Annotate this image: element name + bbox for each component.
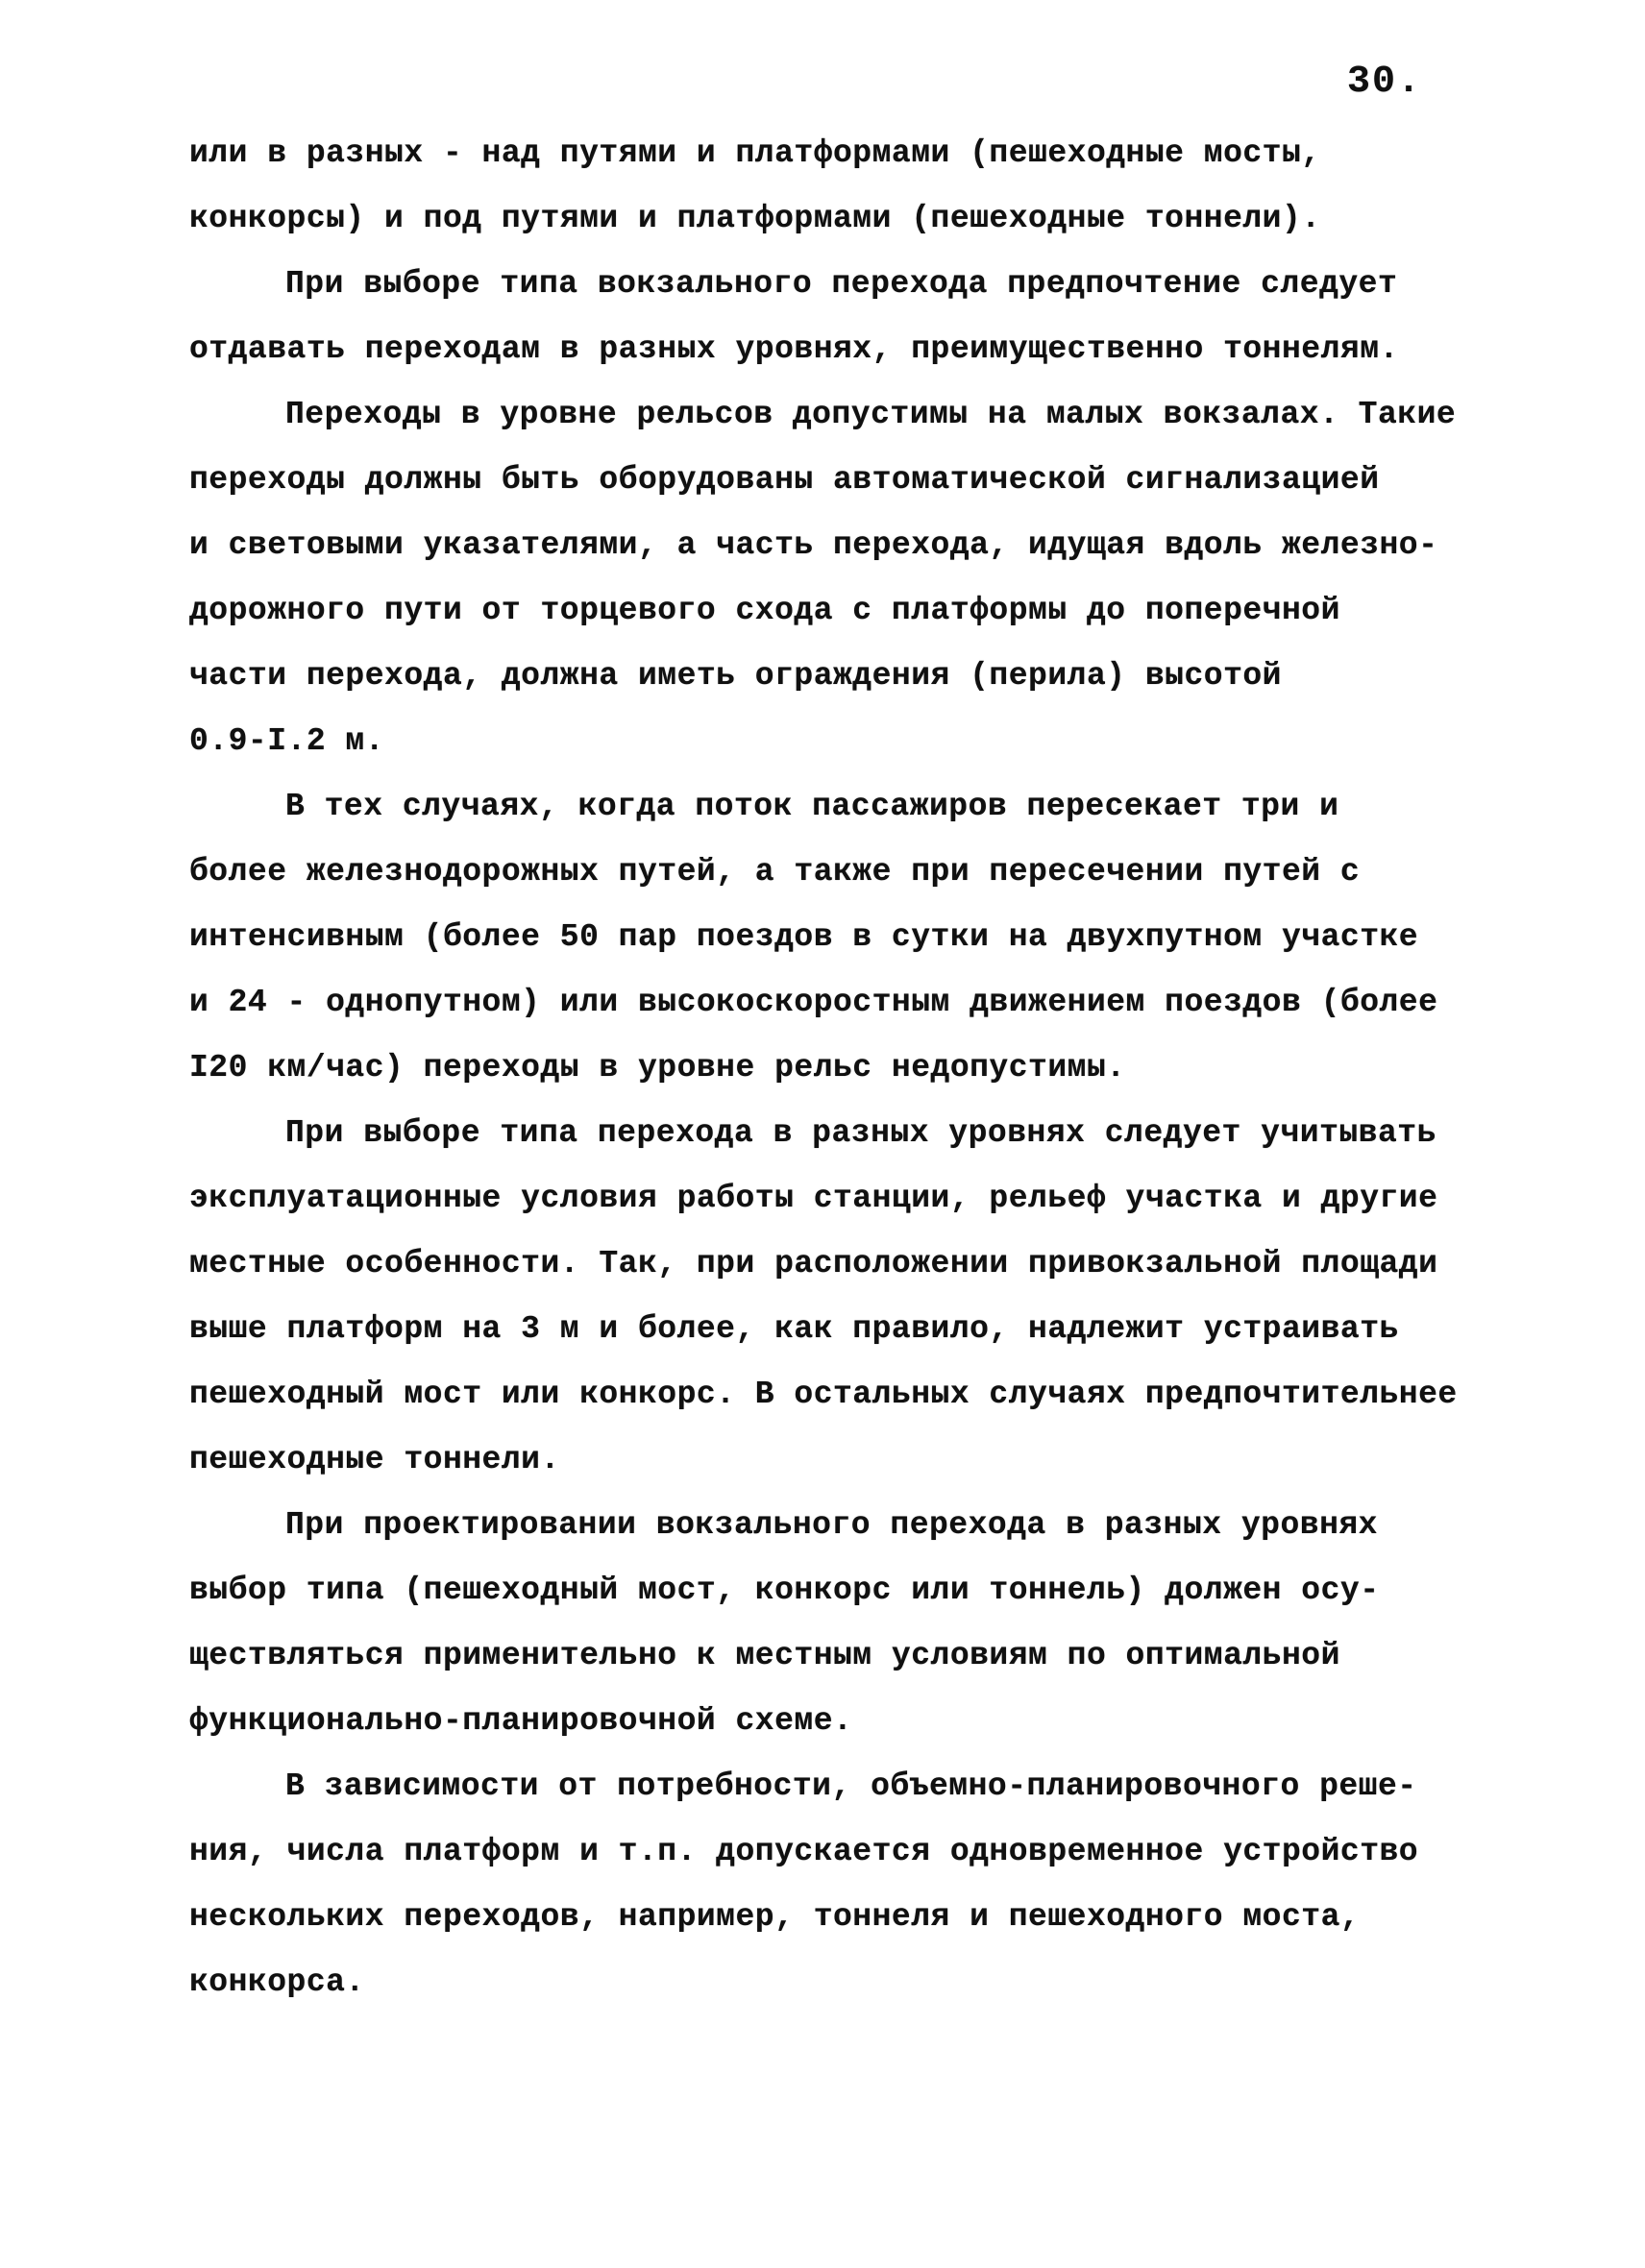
scanned-page: 30. или в разных - над путями и платформ… bbox=[0, 0, 1645, 2268]
text-line: В зависимости от потребности, объемно-пл… bbox=[189, 1754, 1506, 1819]
text-line: интенсивным (более 50 пар поездов в сутк… bbox=[189, 905, 1506, 970]
text-line: отдавать переходам в разных уровнях, пре… bbox=[189, 317, 1506, 382]
text-line: ния, числа платформ и т.п. допускается о… bbox=[189, 1819, 1506, 1885]
text-line: пешеходные тоннели. bbox=[189, 1427, 1506, 1493]
text-line: местные особенности. Так, при расположен… bbox=[189, 1232, 1506, 1297]
text-line: переходы должны быть оборудованы автомат… bbox=[189, 448, 1506, 513]
text-line: и световыми указателями, а часть переход… bbox=[189, 513, 1506, 578]
text-line: более железнодорожных путей, а также при… bbox=[189, 840, 1506, 905]
text-line: части перехода, должна иметь ограждения … bbox=[189, 644, 1506, 709]
text-line: При выборе типа перехода в разных уровня… bbox=[189, 1101, 1506, 1166]
text-line: и 24 - однопутном) или высокоскоростным … bbox=[189, 970, 1506, 1036]
text-line: эксплуатационные условия работы станции,… bbox=[189, 1166, 1506, 1232]
text-line: конкорса. bbox=[189, 1950, 1506, 2015]
text-line: конкорсы) и под путями и платформами (пе… bbox=[189, 186, 1506, 252]
text-line: пешеходный мост или конкорс. В остальных… bbox=[189, 1362, 1506, 1427]
text-line: дорожного пути от торцевого схода с плат… bbox=[189, 578, 1506, 644]
text-line: 0.9-I.2 м. bbox=[189, 709, 1506, 774]
page-number: 30. bbox=[1347, 61, 1422, 104]
text-line: В тех случаях, когда поток пассажиров пе… bbox=[189, 774, 1506, 840]
text-line: Переходы в уровне рельсов допустимы на м… bbox=[189, 382, 1506, 448]
text-line: или в разных - над путями и платформами … bbox=[189, 121, 1506, 186]
text-line: I20 км/час) переходы в уровне рельс недо… bbox=[189, 1036, 1506, 1101]
text-line: При выборе типа вокзального перехода пре… bbox=[189, 252, 1506, 317]
text-line: нескольких переходов, например, тоннеля … bbox=[189, 1885, 1506, 1950]
document-body: или в разных - над путями и платформами … bbox=[189, 121, 1506, 2015]
text-line: функционально-планировочной схеме. bbox=[189, 1689, 1506, 1754]
text-line: ществляться применительно к местным усло… bbox=[189, 1623, 1506, 1689]
text-line: выбор типа (пешеходный мост, конкорс или… bbox=[189, 1558, 1506, 1623]
text-line: При проектировании вокзального перехода … bbox=[189, 1493, 1506, 1558]
text-line: выше платформ на 3 м и более, как правил… bbox=[189, 1297, 1506, 1362]
